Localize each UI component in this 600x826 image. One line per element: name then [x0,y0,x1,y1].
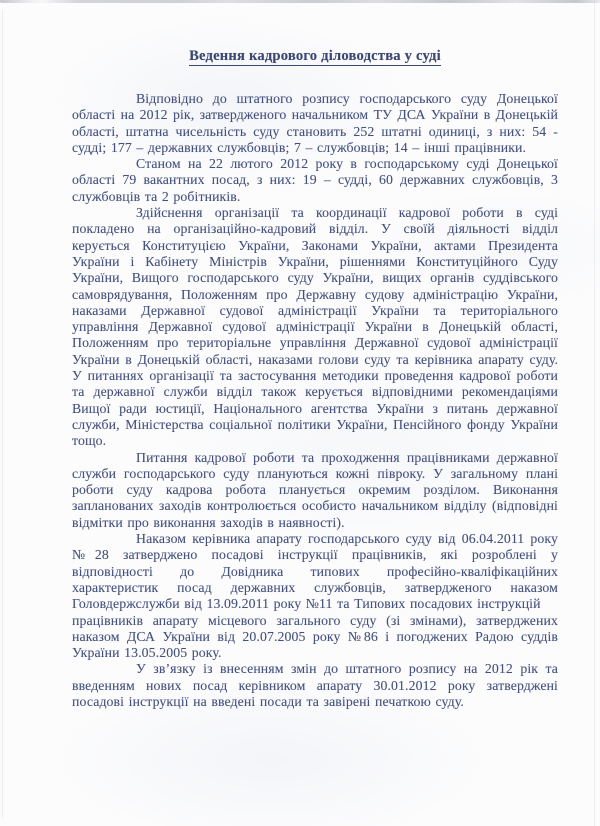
paragraph-vacancies: Станом на 22 лютого 2012 року в господар… [72,156,558,205]
document-title-text: Ведення кадрового діловодства у суді [189,48,441,66]
document-content: Ведення кадрового діловодства у суді Від… [72,48,558,710]
scanned-document-page: Ведення кадрового діловодства у суді Від… [0,0,600,826]
paragraph-job-instructions-order: Наказом керівника апарату господарського… [72,531,558,612]
scan-left-edge-artifact [2,10,3,818]
paragraph-staffing-2012: Відповідно до штатного розпису господарс… [72,91,558,156]
paragraph-hr-department-regulations: Здійснення організації та координації ка… [72,205,558,449]
scan-top-edge-artifact [0,0,600,3]
paragraph-hr-planning: Питання кадрової роботи та проходження п… [72,450,558,531]
paragraph-staff-list-amendments: У зв’язку із внесенням змін до штатного … [72,661,558,710]
scan-right-edge-artifact [594,0,595,826]
paragraph-job-instructions-continuation: працівників апарату місцевого загального… [72,613,558,662]
document-title: Ведення кадрового діловодства у суді [72,48,558,65]
